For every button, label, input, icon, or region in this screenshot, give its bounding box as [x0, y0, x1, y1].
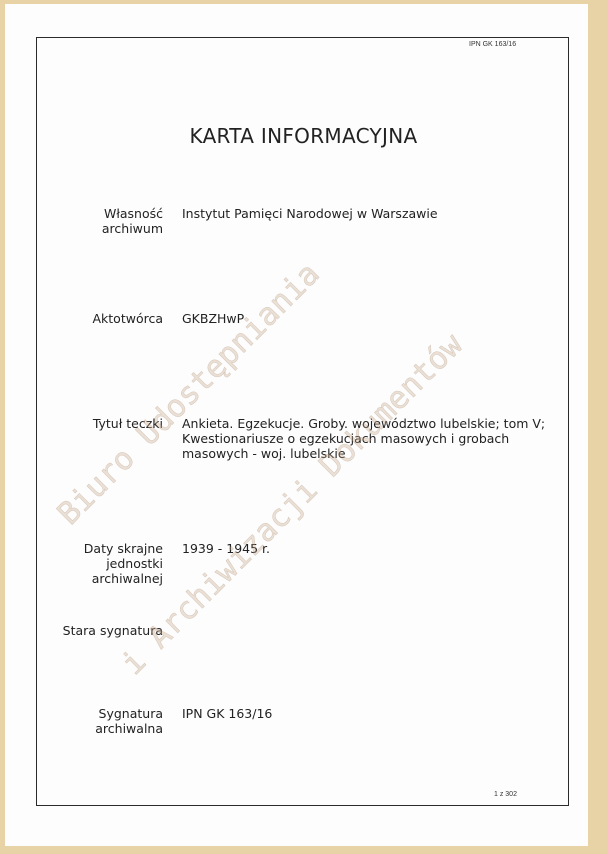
page-number: 1 z 302: [494, 791, 517, 798]
page-title: KARTA INFORMACYJNA: [0, 124, 607, 148]
field-label: Daty skrajne jednostki archiwalnej: [84, 541, 163, 586]
field-label: Tytuł teczki: [93, 416, 163, 431]
field-label: Sygnatura archiwalna: [95, 706, 163, 736]
field-label: Stara sygnatura: [63, 623, 163, 638]
field-label: Własność archiwum: [102, 206, 163, 236]
field-value: Instytut Pamięci Narodowej w Warszawie: [182, 206, 547, 221]
signature-header: IPN GK 163/16: [469, 41, 516, 48]
field-value: GKBZHwP: [182, 311, 547, 326]
field-value: IPN GK 163/16: [182, 706, 547, 721]
field-value: Ankieta. Egzekucje. Groby. województwo l…: [182, 416, 547, 461]
field-value: 1939 - 1945 r.: [182, 541, 547, 556]
field-label: Aktotwórca: [92, 311, 163, 326]
